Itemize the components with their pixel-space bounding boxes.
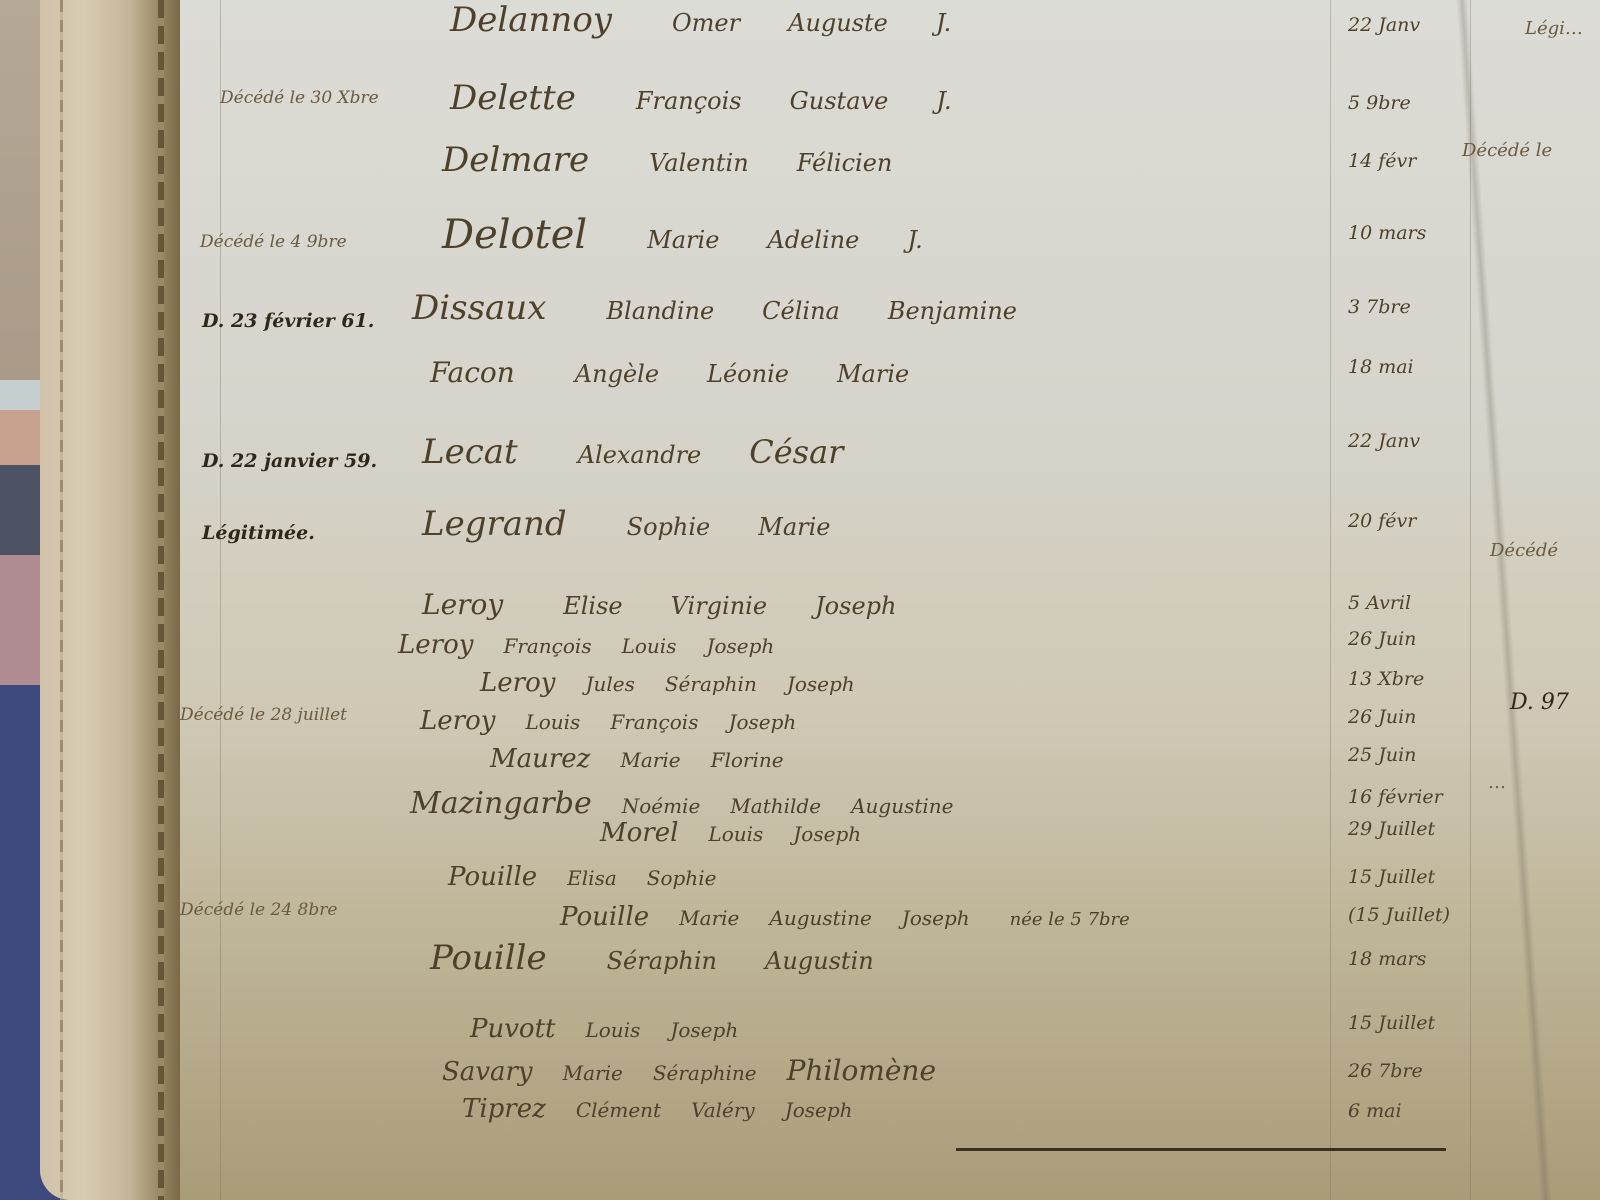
entry-date: 26 7bre — [1348, 1060, 1423, 1082]
given-name: Félicien — [797, 149, 893, 177]
entry-date: 18 mars — [1348, 948, 1426, 970]
given-name: Valentin — [649, 149, 749, 177]
given-name: Marie — [679, 906, 739, 930]
given-name: Virginie — [671, 592, 767, 620]
register-entry: MazingarbeNoémieMathildeAugustine — [410, 786, 983, 821]
surname: Pouille — [448, 862, 537, 892]
register-entry: DeletteFrançoisGustaveJ. — [450, 78, 1000, 118]
given-name: J. — [936, 9, 951, 37]
entry-date: 16 février — [1348, 786, 1443, 808]
given-name: Louis — [622, 634, 677, 658]
given-name: Joseph — [728, 710, 796, 734]
register-entry: DelmareValentinFélicien — [442, 140, 940, 180]
entry-date: 14 févr — [1348, 150, 1416, 172]
register-entry: FaconAngèleLéonieMarie — [430, 356, 957, 389]
given-name: François — [503, 634, 591, 658]
margin-note: Légitimée. — [202, 522, 315, 544]
surname: Pouille — [560, 902, 649, 932]
register-entry: MorelLouisJoseph — [600, 818, 891, 848]
register-entry: PuvottLouisJoseph — [470, 1014, 768, 1044]
right-page-note: Décédé le — [1462, 140, 1552, 161]
given-name: Séraphin — [665, 672, 757, 696]
surname: Delannoy — [450, 0, 612, 40]
margin-rule — [220, 0, 221, 1200]
register-entry: LegrandSophieMarie — [422, 504, 878, 544]
surname: Lecat — [422, 432, 518, 472]
register-page: Décédé le 30 Xbre Décédé le 4 9bre D. 23… — [180, 0, 1600, 1200]
surname: Legrand — [422, 504, 567, 544]
margin-note: Décédé le 4 9bre — [200, 232, 347, 252]
entry-date: 10 mars — [1348, 222, 1426, 244]
register-entry: LeroyFrançoisLouisJoseph — [398, 630, 804, 660]
given-name: Benjamine — [888, 297, 1017, 325]
given-name: Joseph — [793, 822, 861, 846]
closing-rule — [956, 1148, 1446, 1151]
surname: Leroy — [422, 588, 503, 621]
given-name: Sophie — [627, 513, 711, 541]
given-name: Joseph — [706, 634, 774, 658]
surname: Leroy — [420, 706, 495, 736]
entry-date: 15 Juillet — [1348, 1012, 1435, 1034]
right-page-note: D. 97 — [1510, 690, 1569, 715]
entry-date: 5 9bre — [1348, 92, 1411, 114]
surname: Facon — [430, 356, 515, 389]
surname: Leroy — [480, 668, 555, 698]
surname: Morel — [600, 818, 678, 848]
entry-date: 5 Avril — [1348, 592, 1411, 614]
right-page-note: … — [1488, 772, 1506, 793]
given-name: Célina — [762, 297, 840, 325]
given-name: Marie — [620, 748, 680, 772]
birth-note: née le 5 7bre — [1010, 909, 1130, 930]
given-name: Joseph — [815, 592, 896, 620]
given-name: J. — [936, 87, 951, 115]
register-entry: DelotelMarieAdelineJ. — [442, 212, 971, 258]
given-name: Joseph — [670, 1018, 738, 1042]
surname: Leroy — [398, 630, 473, 660]
given-name: Louis — [525, 710, 580, 734]
given-name: Mathilde — [730, 794, 821, 818]
given-name: Adeline — [767, 226, 859, 254]
given-name: Blandine — [606, 297, 714, 325]
given-name: Marie — [758, 513, 830, 541]
given-name: Clément — [576, 1098, 661, 1122]
given-name: Louis — [585, 1018, 640, 1042]
given-name: César — [749, 433, 843, 471]
given-name: Florine — [711, 748, 784, 772]
given-name: François — [636, 87, 742, 115]
register-entry: PouilleSéraphinAugustin — [430, 938, 922, 978]
entry-date: 29 Juillet — [1348, 818, 1435, 840]
given-name: Valéry — [691, 1098, 755, 1122]
given-name: Angèle — [575, 360, 659, 388]
given-name: Augustin — [765, 947, 874, 975]
given-name: Jules — [585, 672, 634, 696]
surname: Mazingarbe — [410, 786, 592, 821]
given-name: Augustine — [851, 794, 953, 818]
register-entry: SavaryMarieSéraphinePhilomène — [442, 1054, 966, 1087]
register-entry: MaurezMarieFlorine — [490, 744, 814, 774]
given-name: Philomène — [787, 1054, 936, 1087]
given-name: Marie — [647, 226, 719, 254]
given-name: Augustine — [769, 906, 871, 930]
surname: Savary — [442, 1057, 533, 1087]
register-entry: PouilleMarieAugustineJosephnée le 5 7bre — [560, 902, 1130, 932]
given-name: Elisa — [567, 866, 617, 890]
given-name: Auguste — [788, 9, 888, 37]
entry-date: 25 Juin — [1348, 744, 1416, 766]
entry-date: 3 7bre — [1348, 296, 1411, 318]
given-name: Alexandre — [578, 441, 702, 469]
register-entry: TiprezClémentValéryJoseph — [462, 1094, 883, 1124]
given-name: Séraphine — [653, 1061, 757, 1085]
margin-note: Décédé le 28 juillet — [180, 705, 347, 725]
margin-note: D. 22 janvier 59. — [202, 450, 377, 472]
entry-date: 20 févr — [1348, 510, 1416, 532]
margin-note: D. 23 février 61. — [202, 310, 374, 332]
right-page-note: Légi… — [1525, 18, 1583, 39]
given-name: Joseph — [785, 1098, 853, 1122]
given-name: Elise — [563, 592, 622, 620]
entry-date: (15 Juillet) — [1348, 904, 1450, 926]
entry-date: 22 Janv — [1348, 430, 1420, 452]
entry-date: 6 mai — [1348, 1100, 1402, 1122]
margin-note: Décédé le 24 8bre — [180, 900, 337, 920]
given-name: Louis — [708, 822, 763, 846]
given-name: Gustave — [790, 87, 889, 115]
surname: Pouille — [430, 938, 547, 978]
register-entry: PouilleElisaSophie — [448, 862, 746, 892]
surname: Maurez — [490, 744, 590, 774]
date-column-rule — [1330, 0, 1331, 1200]
given-name: Léonie — [707, 360, 789, 388]
given-name: Sophie — [647, 866, 717, 890]
entry-date: 26 Juin — [1348, 628, 1416, 650]
given-name: Omer — [672, 9, 740, 37]
given-name: J. — [907, 226, 922, 254]
entry-date: 18 mai — [1348, 356, 1414, 378]
register-entry: LeroyEliseVirginieJoseph — [422, 588, 944, 621]
surname: Dissaux — [412, 288, 546, 328]
given-name: Séraphin — [607, 947, 717, 975]
margin-note: Décédé le 30 Xbre — [220, 88, 379, 108]
book-page-edges — [40, 0, 190, 1200]
register-entry: DelannoyOmerAugusteJ. — [450, 0, 999, 40]
surname: Puvott — [470, 1014, 555, 1044]
register-entry: LecatAlexandreCésar — [422, 432, 891, 472]
given-name: Joseph — [787, 672, 855, 696]
surname: Tiprez — [462, 1094, 546, 1124]
entry-date: 13 Xbre — [1348, 668, 1424, 690]
entry-date: 22 Janv — [1348, 14, 1420, 36]
given-name: Joseph — [902, 906, 970, 930]
surname: Delette — [450, 78, 576, 118]
given-name: Marie — [563, 1061, 623, 1085]
given-name: Noémie — [622, 794, 701, 818]
entry-date: 15 Juillet — [1348, 866, 1435, 888]
surname: Delmare — [442, 140, 589, 180]
register-entry: DissauxBlandineCélinaBenjamine — [412, 288, 1065, 328]
register-entry: LeroyLouisFrançoisJoseph — [420, 706, 826, 736]
given-name: Marie — [837, 360, 909, 388]
entry-date: 26 Juin — [1348, 706, 1416, 728]
right-page-note: Décédé — [1490, 540, 1558, 561]
register-entry: LeroyJulesSéraphinJoseph — [480, 668, 885, 698]
surname: Delotel — [442, 212, 587, 258]
given-name: François — [610, 710, 698, 734]
